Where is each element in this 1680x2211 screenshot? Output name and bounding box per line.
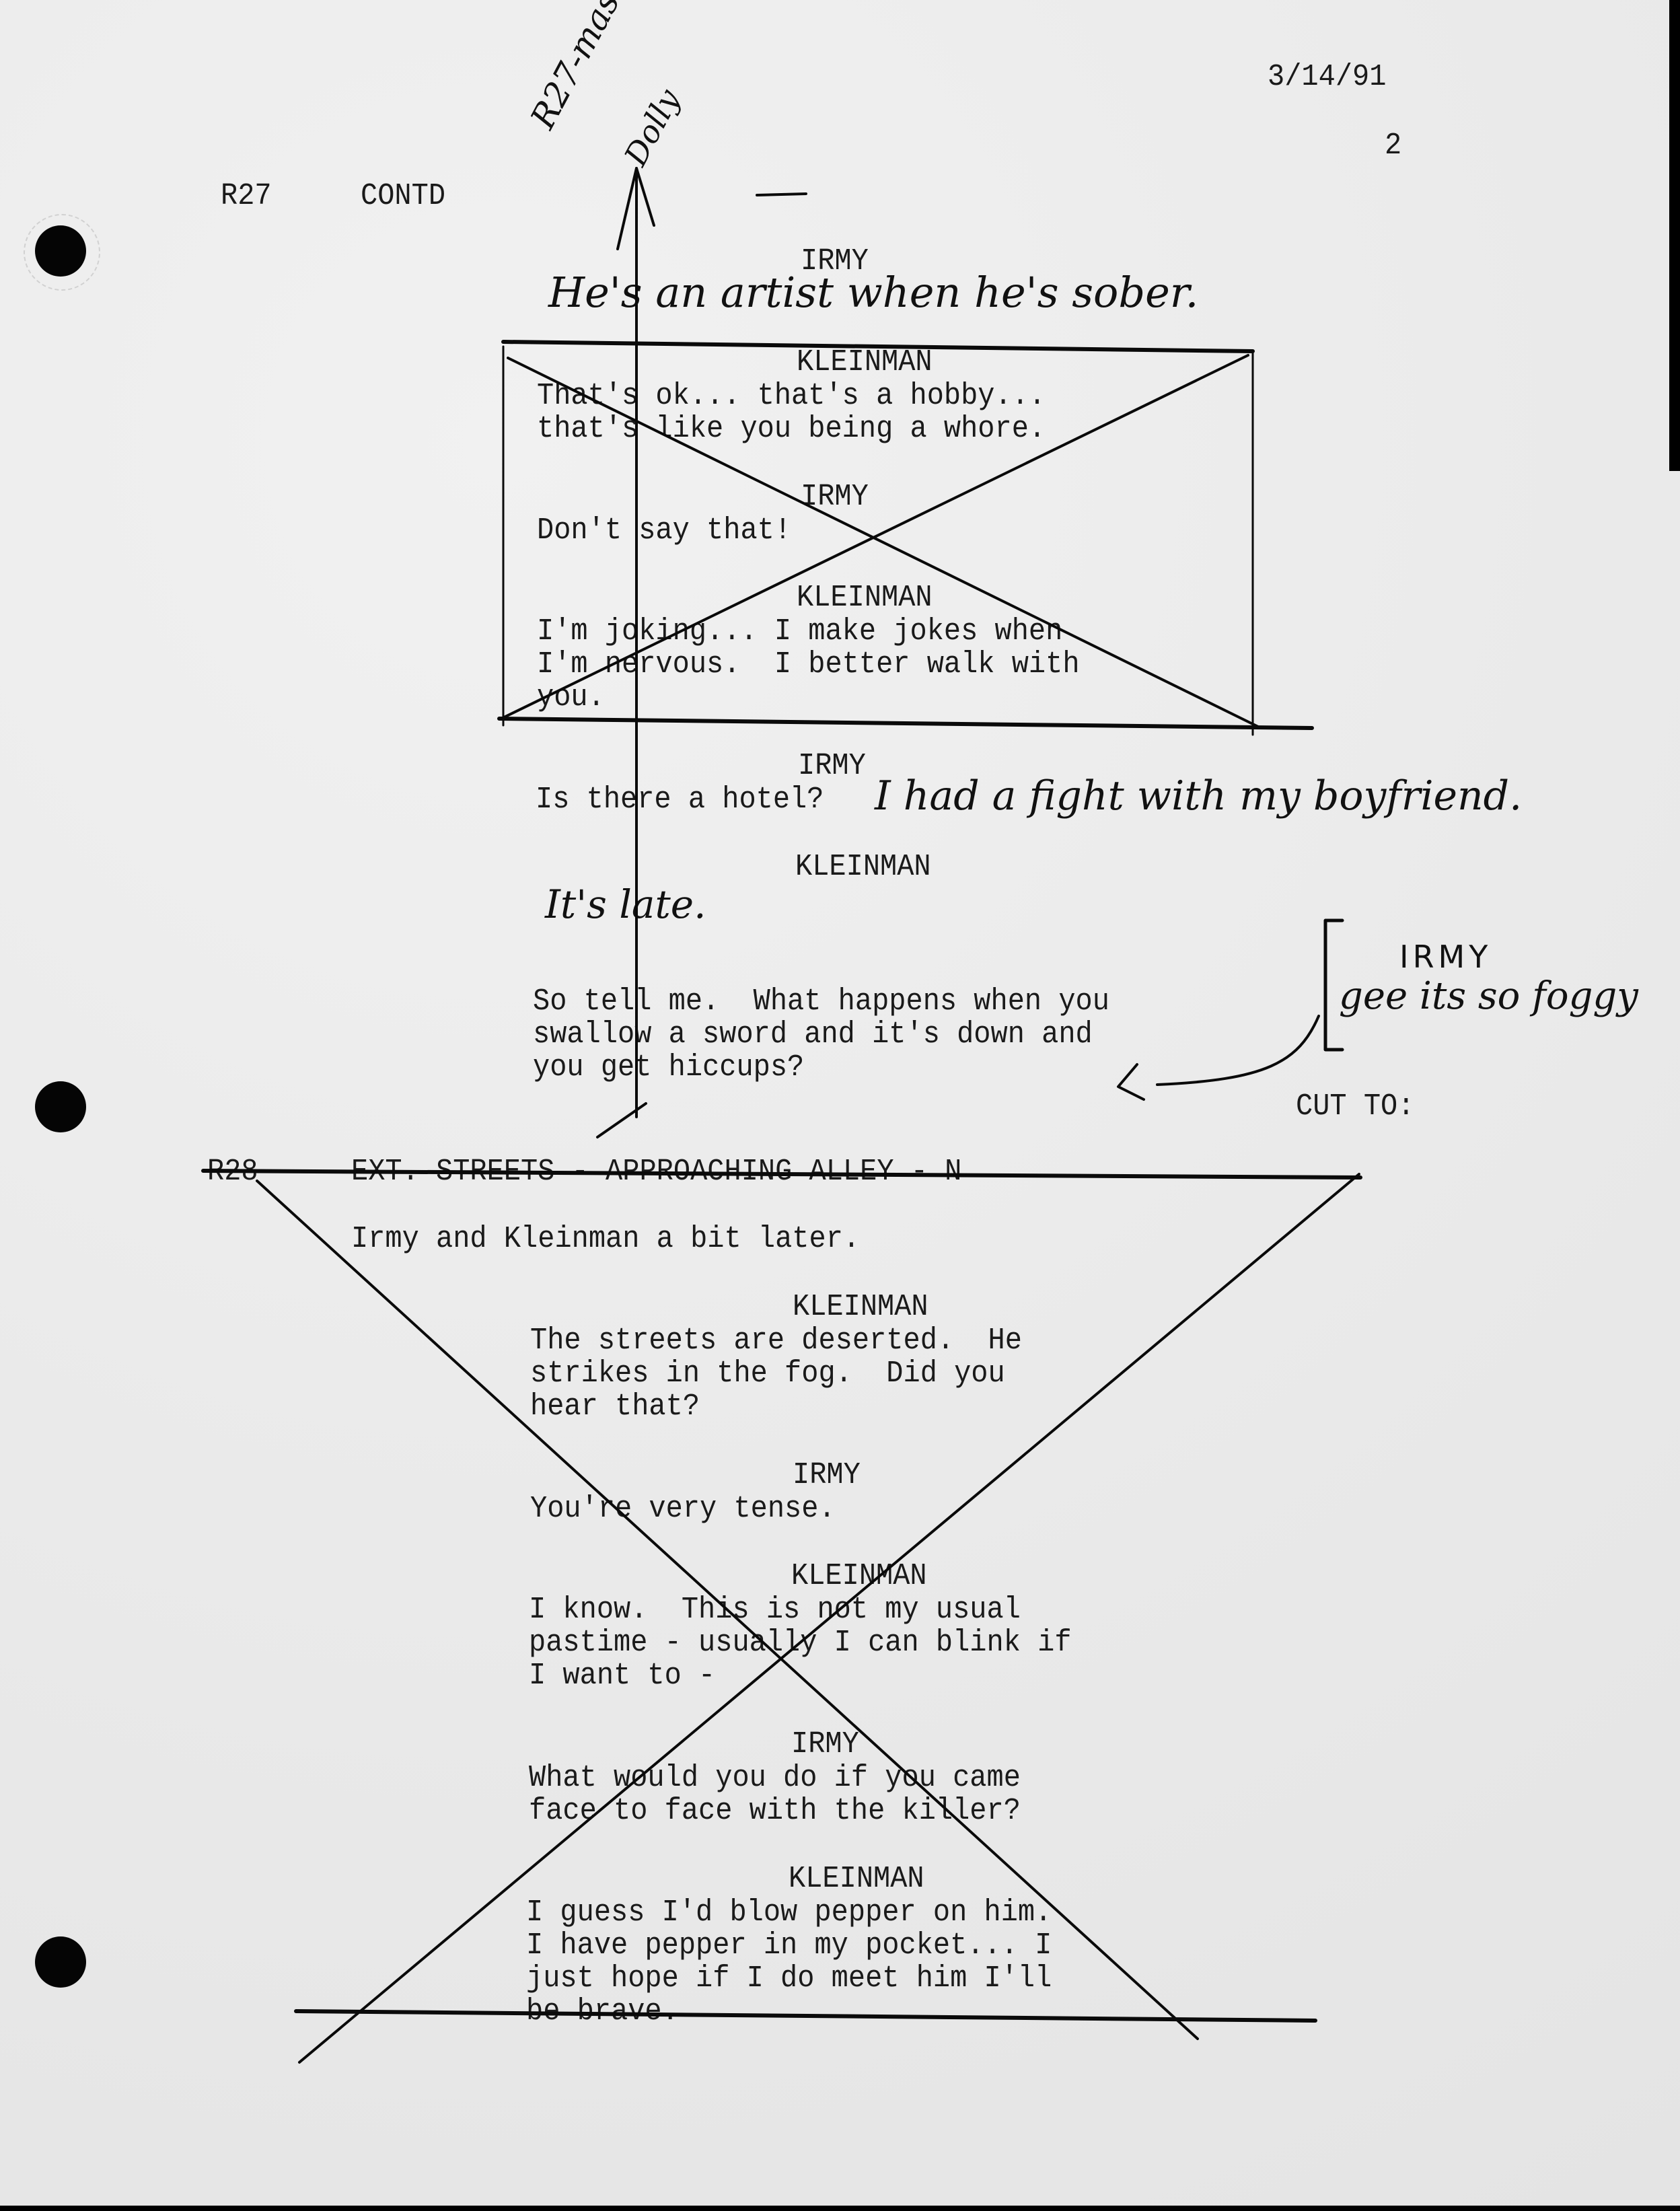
pen-markings: [0, 0, 1680, 2211]
margin-bracket: [1325, 920, 1342, 1050]
script-page: 3/14/91 2 R27 CONTD R27-master Dolly IRM…: [0, 0, 1680, 2211]
strike-x-3: [257, 1181, 1198, 2039]
strike-box-top: [503, 342, 1253, 351]
insert-arrowhead: [1118, 1064, 1144, 1099]
insert-arrow: [1157, 1016, 1319, 1085]
strike-x-4: [299, 1174, 1359, 2062]
dolly-arrow-tail: [597, 1103, 646, 1137]
strike-box-bottom: [499, 719, 1312, 728]
bottom-strikethrough: [296, 2011, 1315, 2021]
heading-strikethrough: [203, 1171, 1360, 1177]
strike-x-1: [508, 358, 1258, 727]
